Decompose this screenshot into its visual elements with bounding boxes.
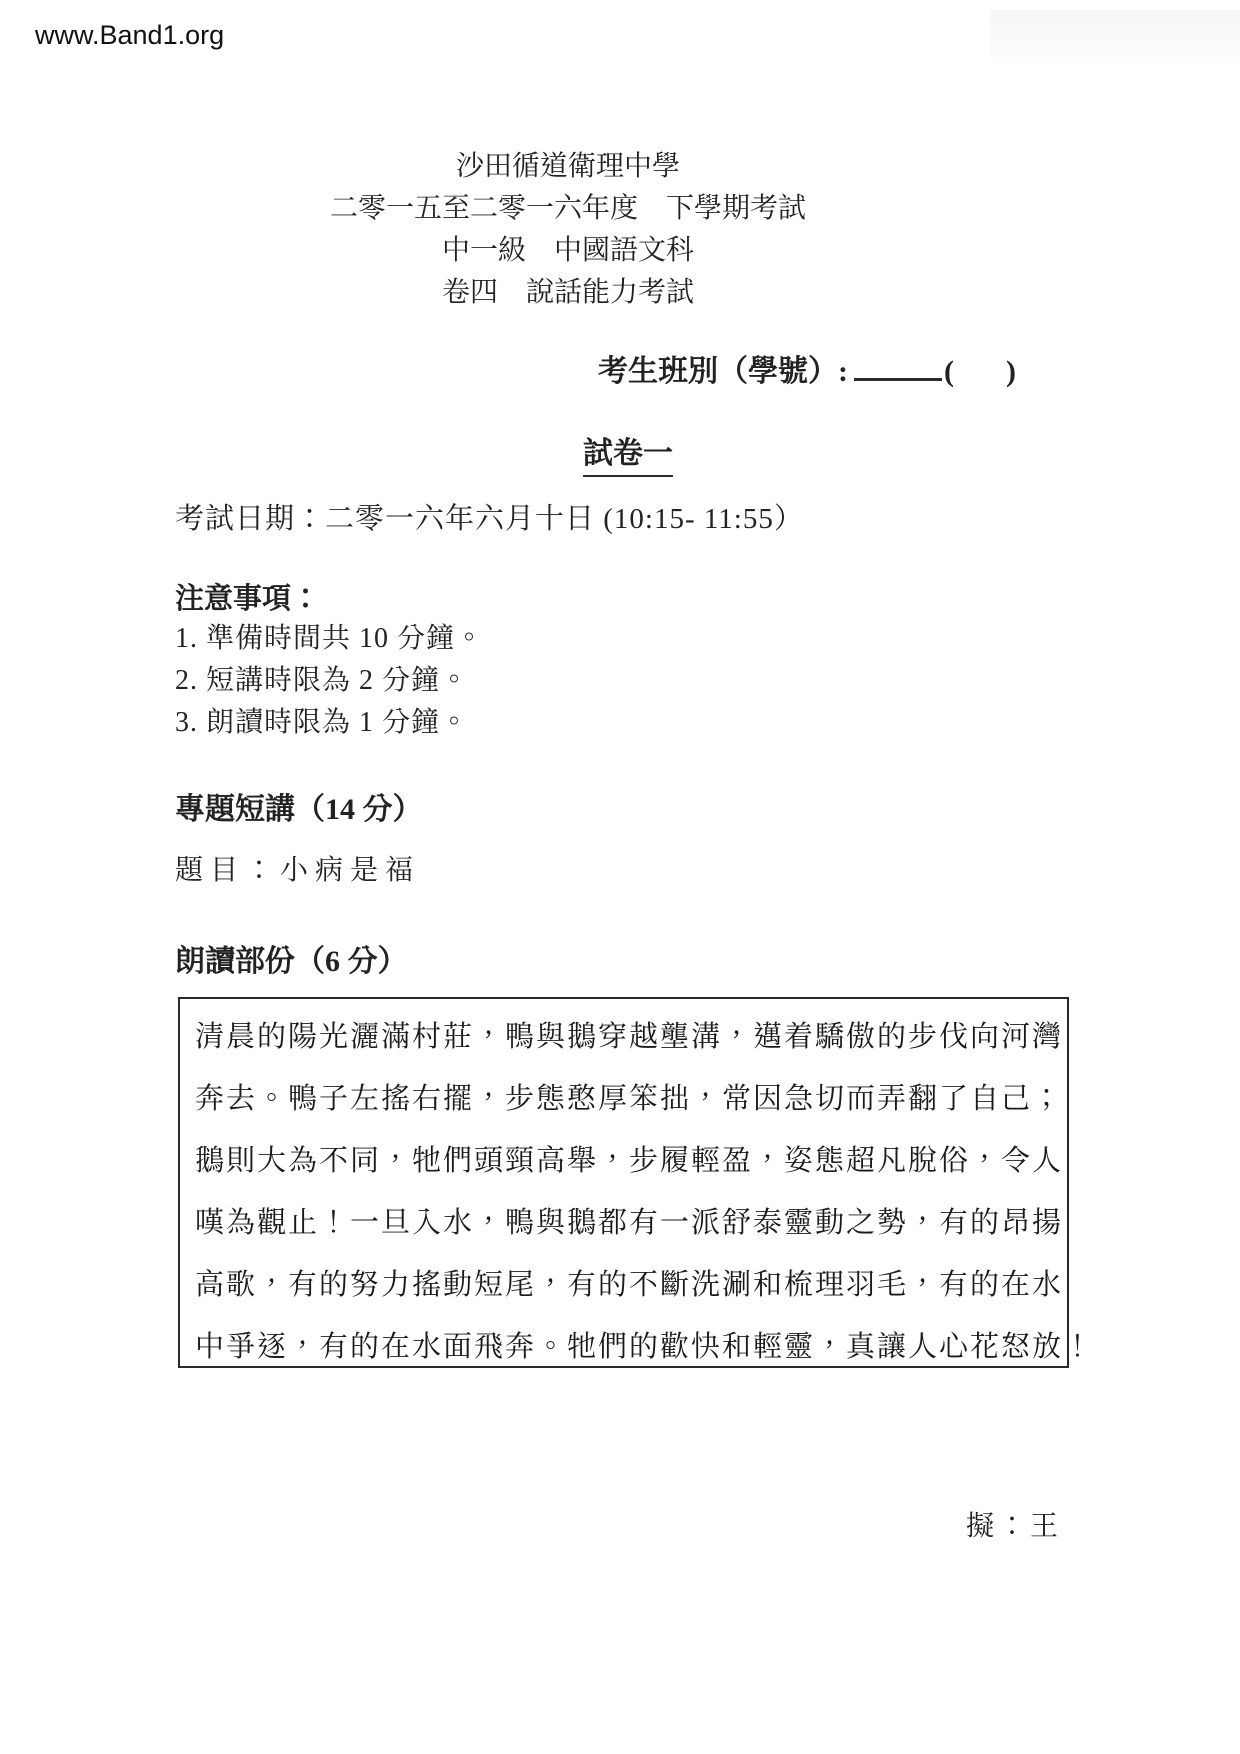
note-item: 2. 短講時限為 2 分鐘。 [175,660,484,702]
passage-line: 奔去。鴨子左搖右擺，步態憨厚笨拙，常因急切而弄翻了自己； [195,1068,1054,1130]
passage-line: 高歌，有的努力搖動短尾，有的不斷洗涮和梳理羽毛，有的在水 [195,1254,1054,1316]
candidate-class-label: 考生班別（學號）: [598,355,848,388]
note-item: 1. 準備時間共 10 分鐘。 [175,618,484,660]
reading-section-heading: 朗讀部份（6 分） [175,936,408,980]
paper-one-title: 試卷一 [583,428,673,477]
exam-paper-page: www.Band1.org 沙田循道衛理中學 二零一五至二零一六年度 下學期考試… [0,0,1240,1754]
paper-number: 卷四 說話能力考試 [0,272,1136,314]
candidate-close-paren: ) [1006,355,1016,388]
passage-line: 鵝則大為不同，牠們頭頸高舉，步履輕盈，姿態超凡脫俗，令人 [195,1130,1054,1192]
passage-line: 清晨的陽光灑滿村莊，鴨與鵝穿越壟溝，邁着驕傲的步伐向河灣 [195,1006,1054,1068]
grade-subject: 中一級 中國語文科 [0,230,1136,272]
reading-passage-box: 清晨的陽光灑滿村莊，鴨與鵝穿越壟溝，邁着驕傲的步伐向河灣 奔去。鴨子左搖右擺，步… [178,997,1069,1368]
exam-date-line: 考試日期：二零一六年六月十日 (10:15- 11:55） [175,496,804,537]
scan-artifact [990,10,1240,70]
exam-header: 沙田循道衛理中學 二零一五至二零一六年度 下學期考試 中一級 中國語文科 卷四 … [0,146,1136,314]
school-year-term: 二零一五至二零一六年度 下學期考試 [0,188,1136,230]
paper-setter: 擬：王 [966,1504,1062,1544]
speech-topic: 題目：小病是福 [175,848,420,888]
notes-list: 1. 準備時間共 10 分鐘。 2. 短講時限為 2 分鐘。 3. 朗讀時限為 … [175,618,484,744]
candidate-class-line: 考生班別（學號）:() [598,346,1016,390]
note-item: 3. 朗讀時限為 1 分鐘。 [175,702,484,744]
site-watermark: www.Band1.org [35,20,224,51]
candidate-class-blank [854,348,942,381]
passage-line: 嘆為觀止！一旦入水，鴨與鵝都有一派舒泰靈動之勢，有的昂揚 [195,1192,1054,1254]
candidate-open-paren: ( [944,355,954,388]
notes-heading: 注意事項： [175,576,320,617]
speech-section-heading: 專題短講（14 分） [175,784,423,828]
school-name: 沙田循道衛理中學 [0,146,1136,188]
passage-line: 中爭逐，有的在水面飛奔。牠們的歡快和輕靈，真讓人心花怒放！ [195,1316,1054,1378]
